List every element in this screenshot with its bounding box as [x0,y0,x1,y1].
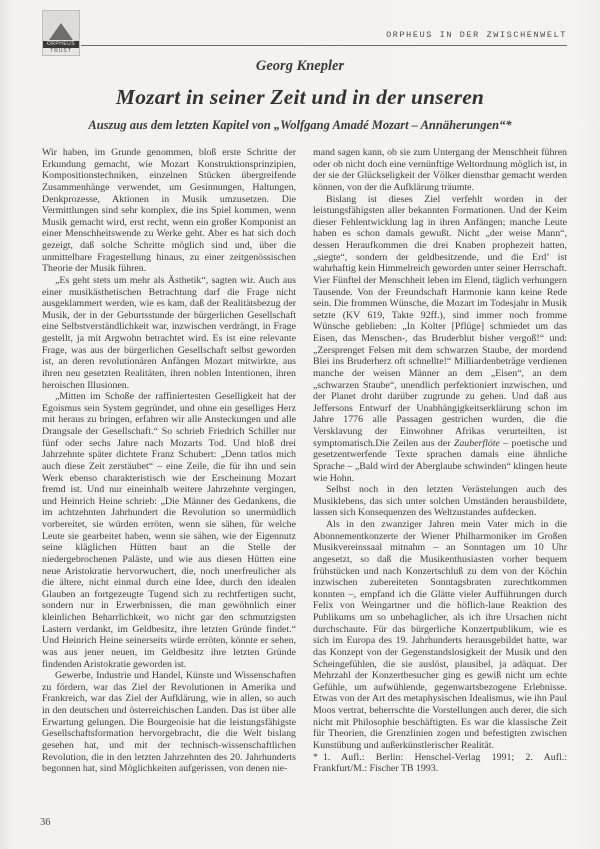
article-subtitle: Auszug aus dem letzten Kapitel von „Wolf… [0,118,600,133]
body-columns: Wir haben, im Grunde genommen, bloß erst… [42,147,567,775]
footnote-text: 1. Aufl.: Berlin: Henschel-Verlag 1991; … [313,752,567,775]
title-block: Georg Knepler Mozart in seiner Zeit und … [0,58,600,133]
book-title-zauberfloete: Zauberflöte [454,438,500,449]
right-column: mand sagen kann, ob sie zum Untergang de… [313,147,567,775]
page-number: 36 [40,817,51,828]
logo-text-orpheus: ORPHEUS [43,41,79,48]
paragraph: „Es geht stets um mehr als Ästhetik“, sa… [42,275,296,391]
paragraph: „Mitten im Schoße der raffiniertesten Ge… [42,391,296,670]
header-divider-line [81,45,567,46]
footnote: *1. Aufl.: Berlin: Henschel-Verlag 1991;… [313,752,567,775]
left-column: Wir haben, im Grunde genommen, bloß erst… [42,147,296,775]
paragraph: Bislang ist dieses Ziel verfehlt worden … [313,194,567,485]
paragraph: mand sagen kann, ob sie zum Untergang de… [313,147,567,194]
scanned-document-page: ORPHEUS TRUST ORPHEUS IN DER ZWISCHENWEL… [0,0,600,849]
paragraph: Gewerbe, Industrie und Handel, Künste un… [42,670,296,775]
paragraph: Als in den zwanziger Jahren mein Vater m… [313,519,567,752]
paragraph-text: Bislang ist dieses Ziel verfehlt worden … [313,194,567,449]
logo-text-trust: TRUST [43,48,79,55]
footnote-marker: * [313,752,318,763]
running-head-journal-title: ORPHEUS IN DER ZWISCHENWELT [386,30,567,40]
pyramid-icon [49,23,73,40]
article-title: Mozart in seiner Zeit und in der unseren [0,85,600,110]
paragraph: Wir haben, im Grunde genommen, bloß erst… [42,147,296,275]
author-name: Georg Knepler [0,58,600,75]
paragraph: Selbst noch in den letzten Verästelungen… [313,484,567,519]
orpheus-trust-logo: ORPHEUS TRUST [42,10,80,56]
